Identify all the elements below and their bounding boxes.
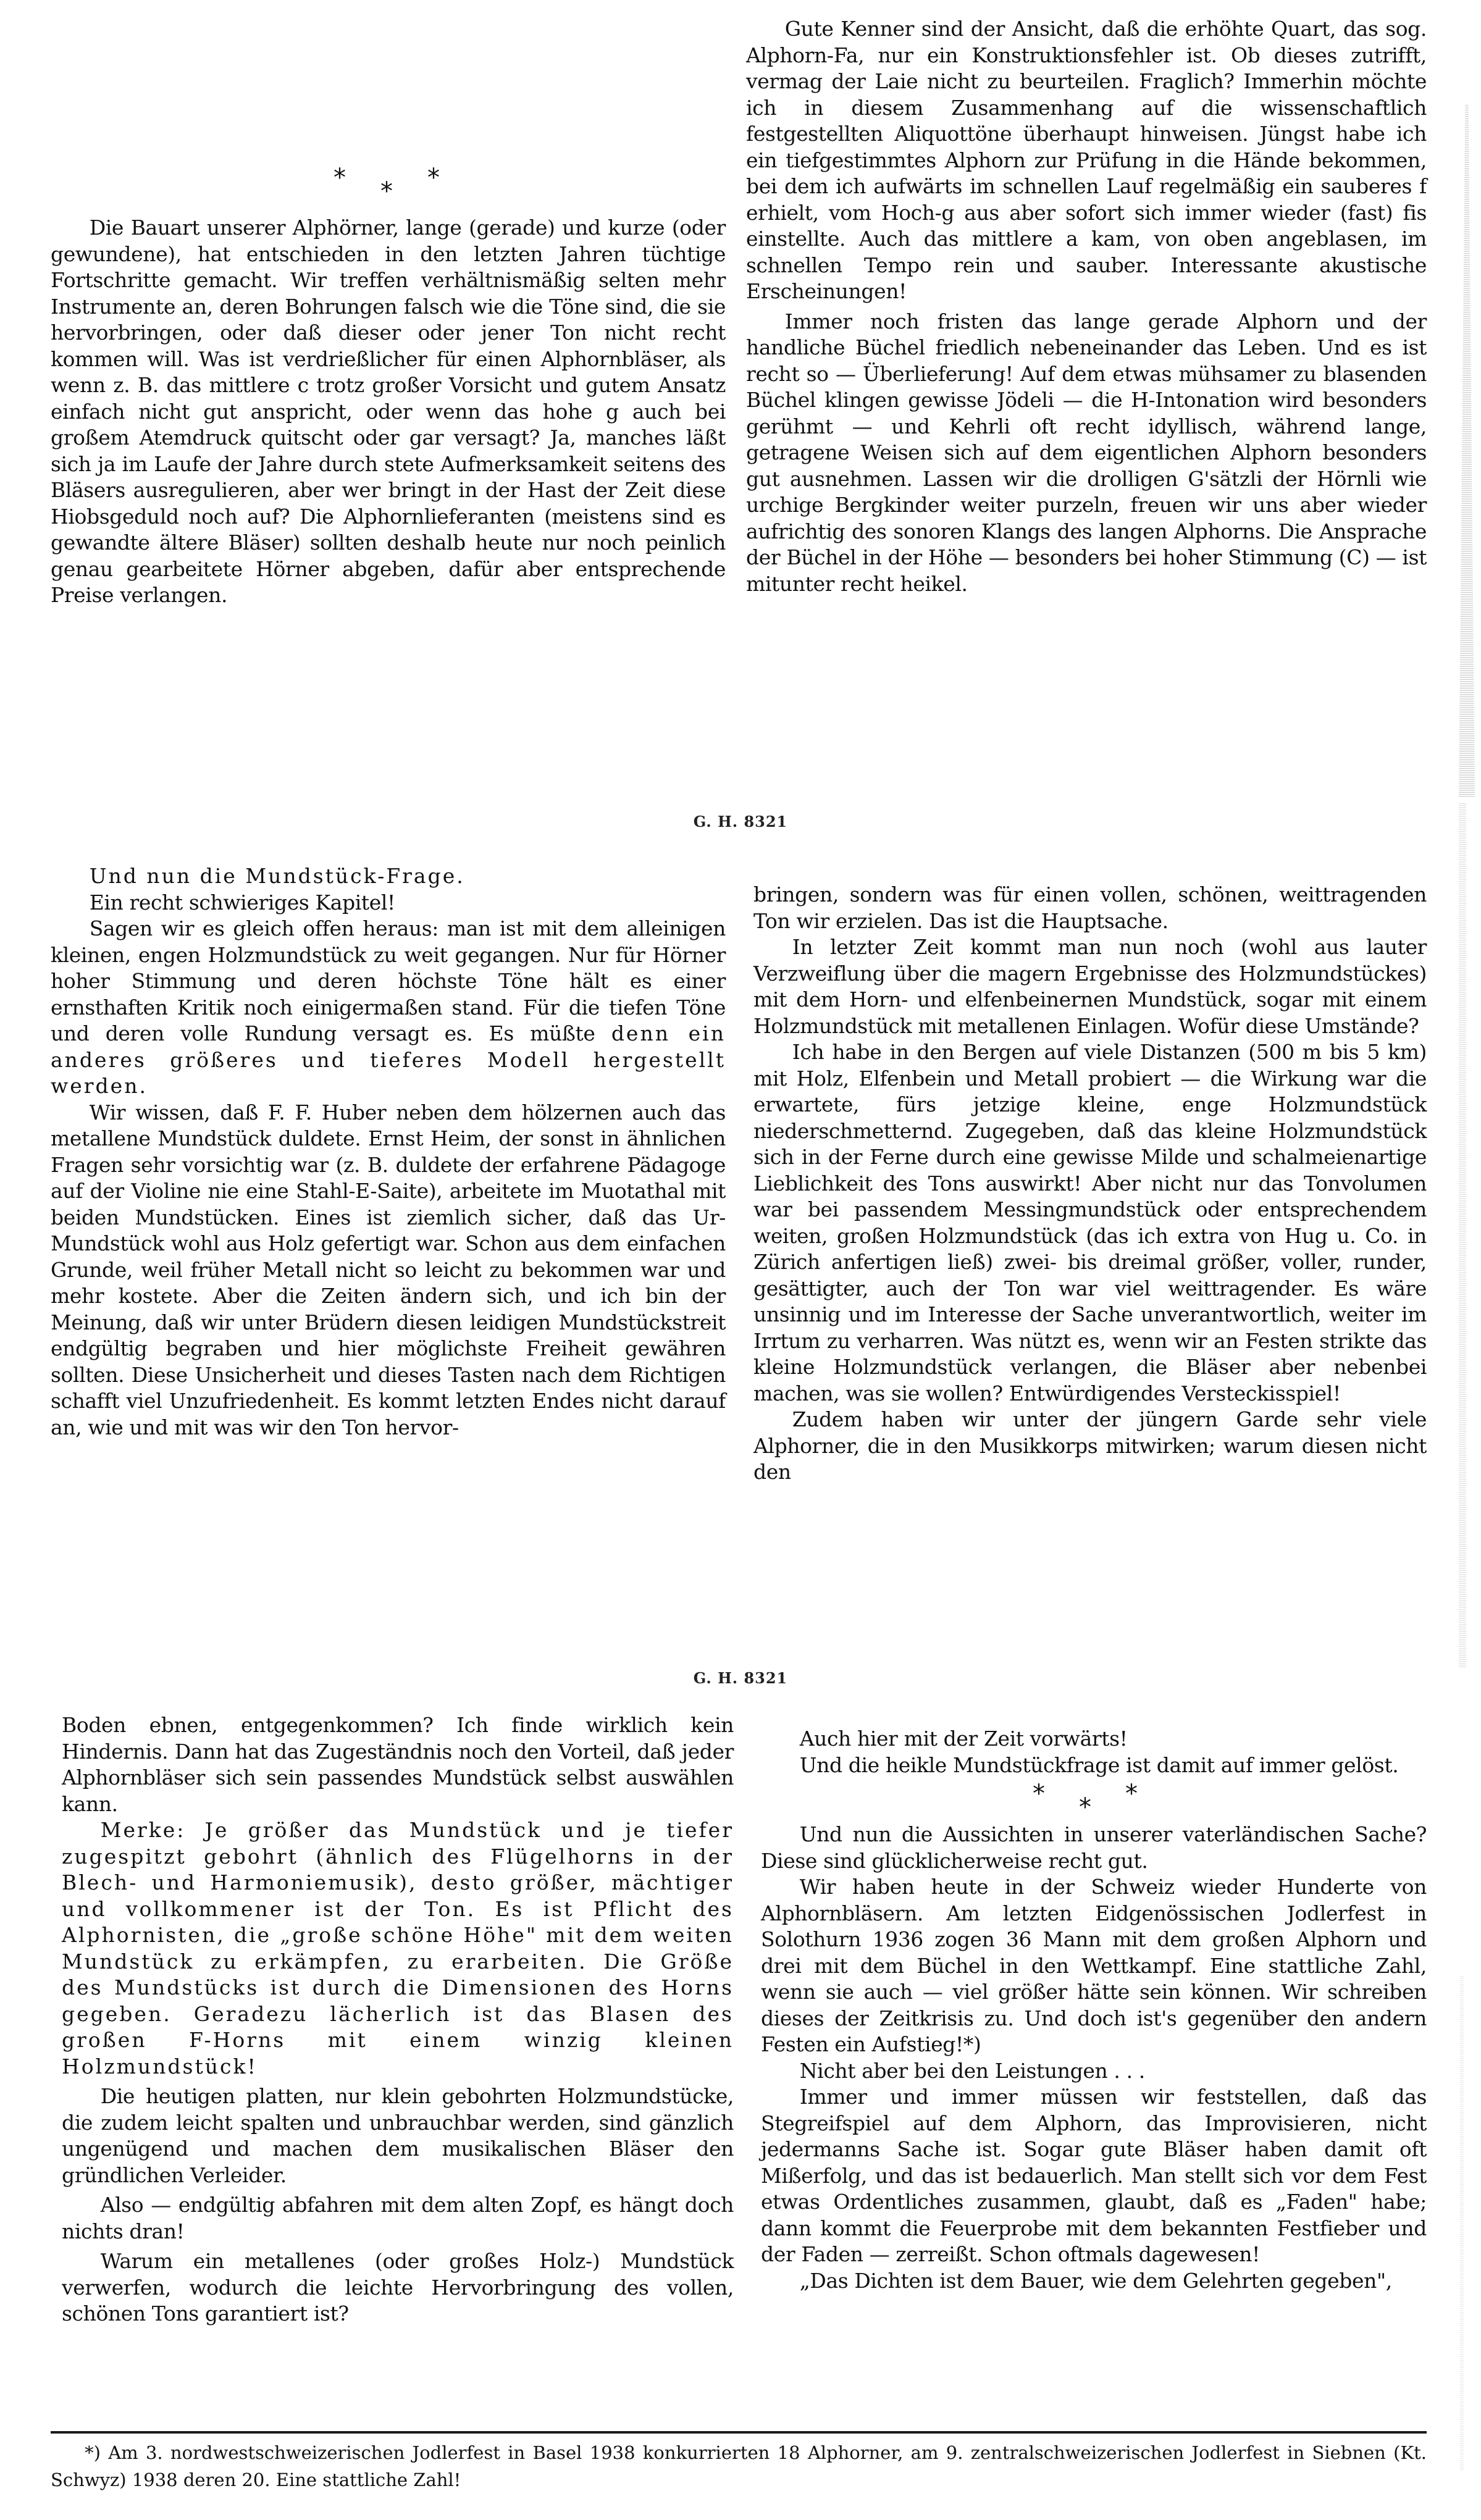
paragraph: Also — endgültig abfahren mit dem alten … [62,2192,734,2245]
paragraph-continuation: bringen, sondern was für einen vollen, s… [753,882,1427,934]
paragraph: Die heutigen platten, nur klein gebohrte… [62,2083,734,2188]
closing-line: Auch hier mit der Zeit vorwärts! [761,1726,1427,1752]
paragraph: Zudem haben wir unter der jüngern Garde … [753,1407,1427,1486]
paragraph: Und nun die Aussichten in unserer vaterl… [761,1822,1427,1874]
section-heading-line: Ein recht schwieriges Kapitel! [51,890,726,916]
paragraph: Gute Kenner sind der Ansicht, daß die er… [746,16,1427,305]
asterisk: * [1033,1781,1045,1807]
closing-line: Und die heikle Mundstückfrage ist damit … [761,1752,1427,1779]
paragraph: Immer und immer müssen wir feststellen, … [761,2084,1427,2268]
footnote-text: *) Am 3. nordwestschweizerischen Jodlerf… [51,2439,1427,2493]
paragraph: Wir haben heute in der Schweiz wieder Hu… [761,1874,1427,2058]
asterisk: * [380,179,393,204]
asterisk: * [427,165,440,190]
page-label: G. H. 8321 [0,813,1481,831]
paragraph: In letzter Zeit kommt man nun noch (wohl… [753,934,1427,1039]
footnote: *) Am 3. nordwestschweizerischen Jodlerf… [51,2439,1427,2493]
section-separator-asterisks: * * * [334,165,457,203]
paragraph: Wir wissen, daß F. F. Huber neben dem hö… [51,1100,726,1441]
footnote-rule [51,2431,1427,2434]
scan-edge-shadow [1459,803,1466,1667]
asterisk: * [1125,1781,1138,1807]
band1-left-column: Die Bauart unserer Alphörner, lange (ger… [51,215,726,609]
paragraph: Ich habe in den Bergen auf viele Distanz… [753,1039,1427,1407]
paragraph: Merke: Je größer das Mundstück und je ti… [62,1817,734,2080]
section-separator-asterisks: * * * [761,1778,1427,1822]
paragraph-continuation: Boden ebnen, entgegenkommen? Ich finde w… [62,1712,734,1817]
paragraph: Die Bauart unserer Alphörner, lange (ger… [51,215,726,609]
scan-edge-shadow [1460,1976,1464,2470]
band2-right-column: bringen, sondern was für einen vollen, s… [753,882,1427,1486]
band2-left-column: Und nun die Mundstück-Frage. Ein recht s… [51,863,726,1441]
band3-left-column: Boden ebnen, entgegenkommen? Ich finde w… [62,1712,734,2327]
asterisk: * [334,165,346,190]
band1-right-column: Gute Kenner sind der Ansicht, daß die er… [746,16,1427,597]
paragraph: „Das Dichten ist dem Bauer, wie dem Gele… [761,2268,1427,2295]
paragraph: Warum ein metallenes (oder großes Holz-)… [62,2248,734,2327]
paragraph: Sagen wir es gleich offen heraus: man is… [51,916,726,1100]
paragraph: Immer noch fristen das lange gerade Alph… [746,309,1427,598]
page-label: G. H. 8321 [0,1669,1481,1687]
scan-edge-shadow [1459,105,1475,797]
asterisk: * [1079,1794,1091,1821]
section-heading-line: Und nun die Mundstück-Frage. [51,863,726,890]
band3-right-column: Auch hier mit der Zeit vorwärts! Und die… [761,1726,1427,2294]
paragraph: Nicht aber bei den Leistungen . . . [761,2058,1427,2085]
